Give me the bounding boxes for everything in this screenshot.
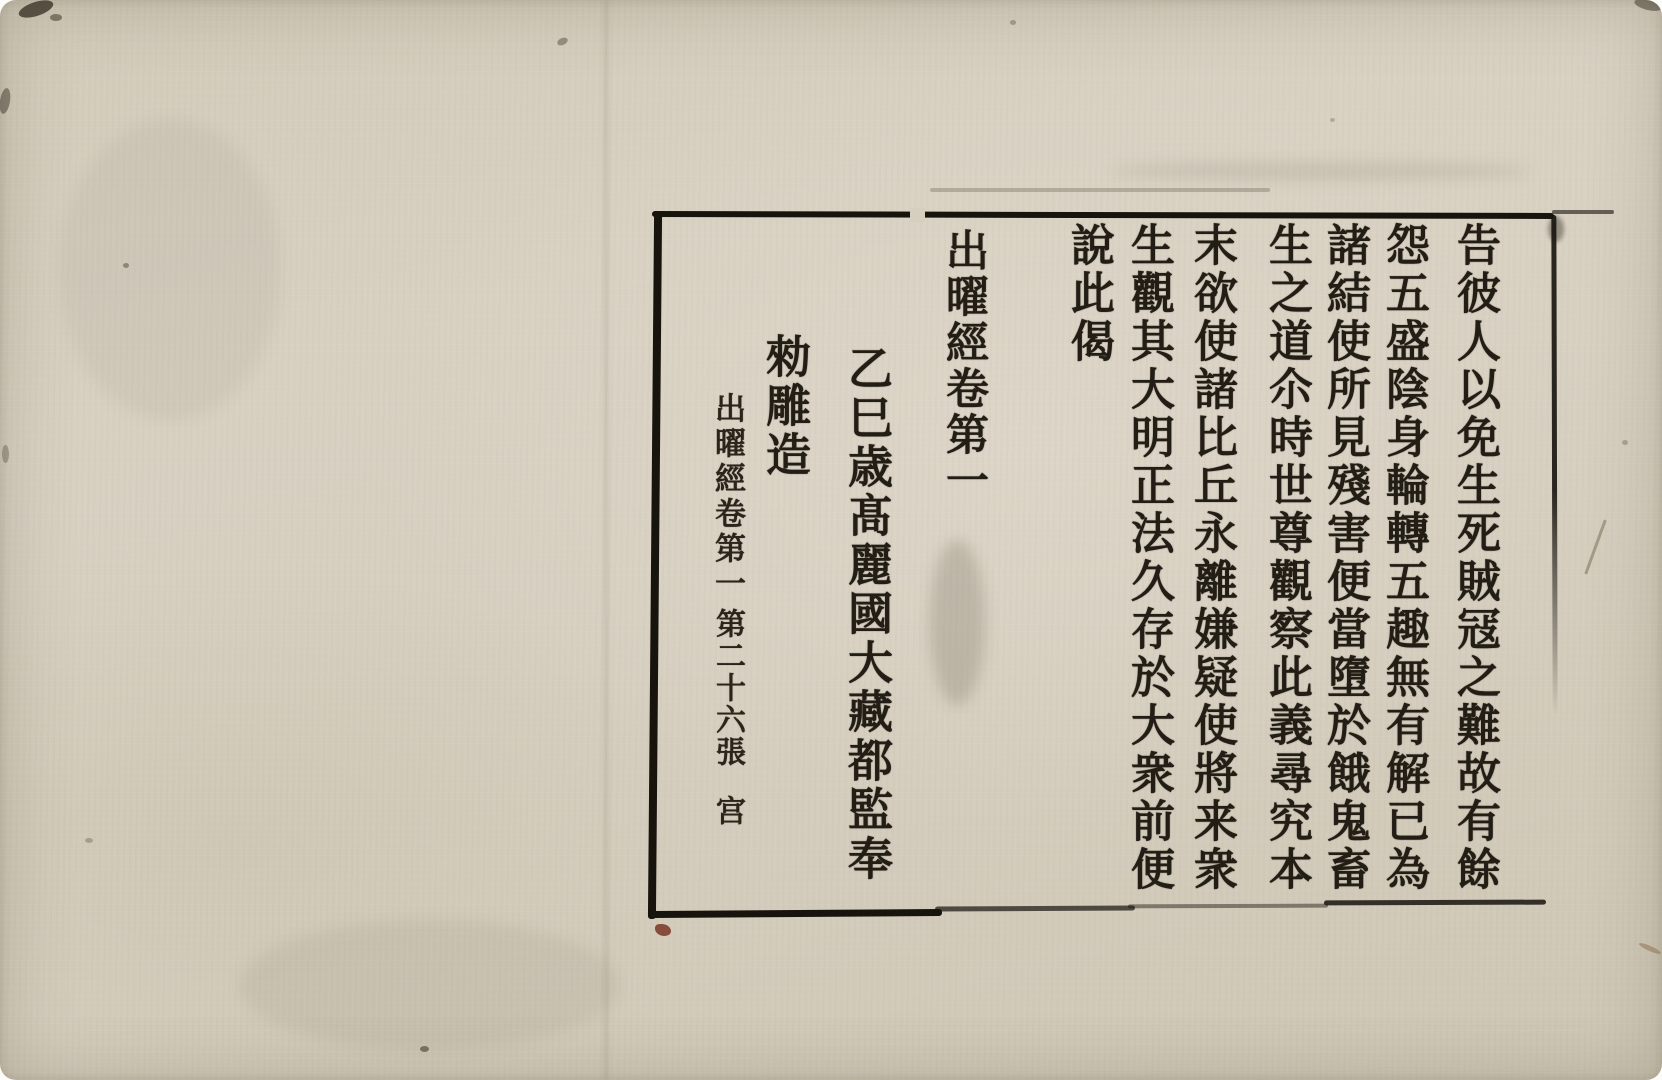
paper-speck — [1622, 440, 1628, 445]
sutra-page-scan: 告彼人以免生死賊冦之難故有餘 怨五盛陰身輪轉五趣無有解已為 諸結使所見殘害便當墮… — [0, 0, 1662, 1080]
ink-echo-line — [930, 188, 1270, 192]
paper-stain — [60, 120, 280, 420]
body-text-column-5: 末欲使諸比丘永離嫌疑使將来衆 — [1189, 222, 1233, 922]
colophon-edict-line: 勑雕造 — [762, 333, 807, 533]
paper-speck — [50, 14, 62, 21]
paper-speck — [1330, 118, 1335, 122]
body-text-column-4: 生之道尒時世尊觀察此義尋究本 — [1264, 222, 1308, 922]
sheet-mark-number: 第二十六張 — [712, 608, 742, 788]
body-text-column-1: 告彼人以免生死賊冦之難故有餘 — [1452, 222, 1496, 922]
paper-speck — [85, 838, 93, 843]
sheet-mark-stack-char: 宫 — [712, 795, 742, 840]
frame-bottom-border — [650, 909, 942, 918]
crack-mark — [1638, 941, 1662, 955]
paper-stain — [240, 920, 620, 1050]
frame-top-border — [652, 211, 1554, 219]
body-text-column-3: 諸結使所見殘害便當墮於餓鬼畜 — [1322, 222, 1366, 922]
body-text-column-7: 說此偈 — [1066, 222, 1110, 922]
frame-top-border-gap — [910, 208, 925, 222]
paper-stain — [1110, 162, 1530, 180]
frame-left-border — [648, 213, 662, 919]
body-text-column-6: 生觀其大明正法久存於大衆前便 — [1126, 222, 1170, 922]
frame-top-border-tail — [1552, 210, 1614, 214]
sheet-mark-title: 出曜經卷第一 — [711, 392, 742, 622]
red-fiber-speck — [655, 924, 671, 936]
paper-speck — [0, 87, 12, 114]
body-text-column-2: 怨五盛陰身輪轉五趣無有解已為 — [1381, 222, 1425, 922]
fold-crease — [604, 0, 608, 1080]
end-title-column: 出曜經卷第一 — [942, 228, 985, 648]
paper-speck — [556, 36, 569, 47]
colophon-date-line: 乙巳歳髙麗國大藏都監奉 — [844, 345, 889, 905]
paper-speck — [1010, 20, 1016, 25]
frame-right-border — [1551, 215, 1557, 715]
paper-speck — [1633, 0, 1662, 13]
crack-mark — [1584, 519, 1607, 575]
paper-speck — [2, 445, 9, 463]
